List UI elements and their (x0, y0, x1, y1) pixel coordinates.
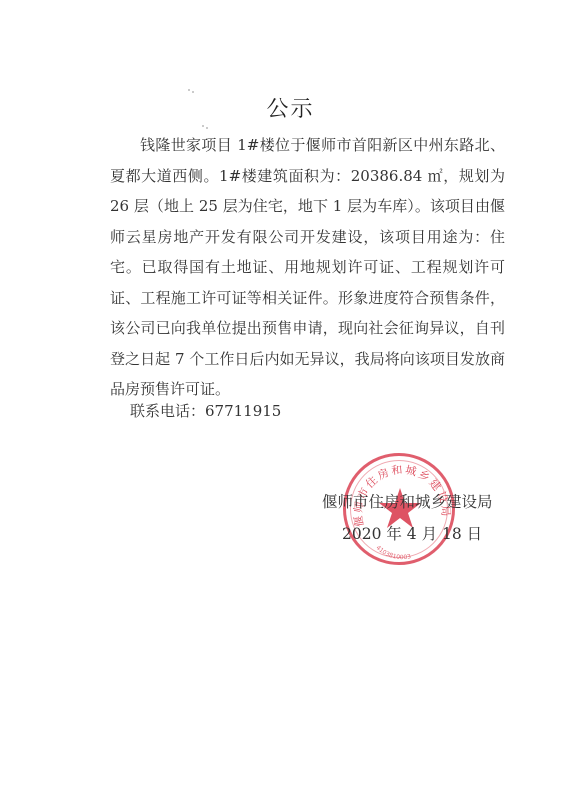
issue-date: 2020 年 4 月 18 日 (342, 522, 482, 544)
svg-text:4103810003: 4103810003 (375, 544, 412, 561)
contact-phone: 联系电话：67711915 (130, 400, 281, 421)
document-title: 公示 (0, 92, 581, 123)
issuer-signature: 偃师市住房和城乡建设局 (322, 490, 493, 512)
announcement-paragraph: 钱隆世家项目 1#楼位于偃师市首阳新区中州东路北、夏都大道西侧。1#楼建筑面积为… (110, 130, 505, 405)
announcement-body: 钱隆世家项目 1#楼位于偃师市首阳新区中州东路北、夏都大道西侧。1#楼建筑面积为… (110, 130, 505, 405)
